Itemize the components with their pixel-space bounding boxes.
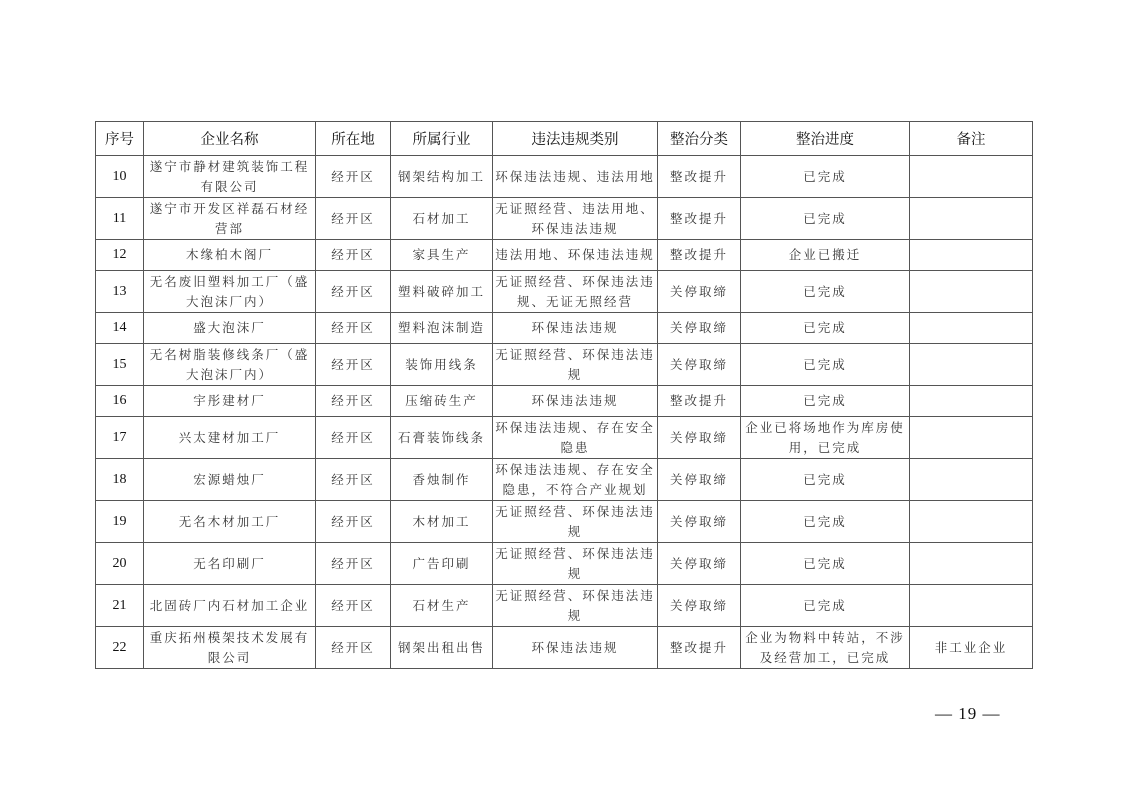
- company-name-cell: 木缘柏木阁厂: [144, 240, 316, 271]
- violation-type-cell: 环保违法违规: [493, 386, 658, 417]
- location-cell: 经开区: [316, 585, 391, 627]
- row-number-cell: 14: [96, 313, 144, 344]
- rectification-category-cell: 关停取缔: [658, 501, 741, 543]
- remark-cell: [910, 459, 1033, 501]
- location-cell: 经开区: [316, 627, 391, 669]
- remark-cell: 非工业企业: [910, 627, 1033, 669]
- company-name-cell: 遂宁市静材建筑装饰工程有限公司: [144, 156, 316, 198]
- table-row: 16宇彤建材厂经开区压缩砖生产环保违法违规整改提升已完成: [96, 386, 1033, 417]
- rectification-progress-cell: 已完成: [741, 156, 910, 198]
- table-row: 19无名木材加工厂经开区木材加工无证照经营、环保违法违规关停取缔已完成: [96, 501, 1033, 543]
- location-cell: 经开区: [316, 271, 391, 313]
- violation-type-cell: 无证照经营、违法用地、环保违法违规: [493, 198, 658, 240]
- industry-cell: 石膏装饰线条: [391, 417, 493, 459]
- rectification-progress-cell: 企业已搬迁: [741, 240, 910, 271]
- rectification-category-cell: 关停取缔: [658, 459, 741, 501]
- table-row: 12木缘柏木阁厂经开区家具生产违法用地、环保违法违规整改提升企业已搬迁: [96, 240, 1033, 271]
- rectification-category-cell: 关停取缔: [658, 344, 741, 386]
- row-number-cell: 19: [96, 501, 144, 543]
- location-cell: 经开区: [316, 501, 391, 543]
- location-cell: 经开区: [316, 240, 391, 271]
- row-number-cell: 21: [96, 585, 144, 627]
- remark-cell: [910, 313, 1033, 344]
- industry-cell: 钢架出租出售: [391, 627, 493, 669]
- row-number-cell: 15: [96, 344, 144, 386]
- table-row: 22重庆拓州模架技术发展有限公司经开区钢架出租出售环保违法违规整改提升企业为物料…: [96, 627, 1033, 669]
- company-name-cell: 盛大泡沫厂: [144, 313, 316, 344]
- table-row: 21北固砖厂内石材加工企业经开区石材生产无证照经营、环保违法违规关停取缔已完成: [96, 585, 1033, 627]
- location-cell: 经开区: [316, 313, 391, 344]
- rectification-category-cell: 关停取缔: [658, 585, 741, 627]
- rectification-category-cell: 关停取缔: [658, 417, 741, 459]
- table-row: 10遂宁市静材建筑装饰工程有限公司经开区钢架结构加工环保违法违规、违法用地整改提…: [96, 156, 1033, 198]
- violation-type-cell: 无证照经营、环保违法违规: [493, 344, 658, 386]
- violation-type-cell: 环保违法违规、存在安全隐患，不符合产业规划: [493, 459, 658, 501]
- company-name-cell: 无名树脂装修线条厂（盛大泡沫厂内）: [144, 344, 316, 386]
- row-number-cell: 13: [96, 271, 144, 313]
- table-row: 17兴太建材加工厂经开区石膏装饰线条环保违法违规、存在安全隐患关停取缔企业已将场…: [96, 417, 1033, 459]
- row-number-cell: 11: [96, 198, 144, 240]
- company-name-cell: 宇彤建材厂: [144, 386, 316, 417]
- rectification-category-cell: 整改提升: [658, 156, 741, 198]
- violation-type-cell: 环保违法违规: [493, 627, 658, 669]
- row-number-cell: 12: [96, 240, 144, 271]
- remark-cell: [910, 198, 1033, 240]
- header-violation-type: 违法违规类别: [493, 122, 658, 156]
- rectification-progress-cell: 已完成: [741, 543, 910, 585]
- location-cell: 经开区: [316, 459, 391, 501]
- location-cell: 经开区: [316, 198, 391, 240]
- violation-type-cell: 违法用地、环保违法违规: [493, 240, 658, 271]
- rectification-category-cell: 整改提升: [658, 198, 741, 240]
- company-name-cell: 无名木材加工厂: [144, 501, 316, 543]
- remark-cell: [910, 386, 1033, 417]
- violation-type-cell: 无证照经营、环保违法违规、无证无照经营: [493, 271, 658, 313]
- header-location: 所在地: [316, 122, 391, 156]
- row-number-cell: 18: [96, 459, 144, 501]
- rectification-category-cell: 整改提升: [658, 627, 741, 669]
- header-industry: 所属行业: [391, 122, 493, 156]
- page-number: — 19 —: [935, 704, 1001, 724]
- table-row: 13无名废旧塑料加工厂（盛大泡沫厂内）经开区塑料破碎加工无证照经营、环保违法违规…: [96, 271, 1033, 313]
- header-no: 序号: [96, 122, 144, 156]
- document-page: 序号 企业名称 所在地 所属行业 违法违规类别 整治分类 整治进度 备注 10遂…: [0, 0, 1122, 793]
- company-name-cell: 兴太建材加工厂: [144, 417, 316, 459]
- rectification-category-cell: 整改提升: [658, 240, 741, 271]
- rectification-progress-cell: 已完成: [741, 313, 910, 344]
- industry-cell: 广告印刷: [391, 543, 493, 585]
- rectification-category-cell: 整改提升: [658, 386, 741, 417]
- violation-type-cell: 环保违法违规、违法用地: [493, 156, 658, 198]
- remark-cell: [910, 240, 1033, 271]
- industry-cell: 香烛制作: [391, 459, 493, 501]
- rectification-table: 序号 企业名称 所在地 所属行业 违法违规类别 整治分类 整治进度 备注 10遂…: [95, 121, 1033, 669]
- table-row: 11遂宁市开发区祥磊石材经营部经开区石材加工无证照经营、违法用地、环保违法违规整…: [96, 198, 1033, 240]
- table-row: 15无名树脂装修线条厂（盛大泡沫厂内）经开区装饰用线条无证照经营、环保违法违规关…: [96, 344, 1033, 386]
- header-rectification-category: 整治分类: [658, 122, 741, 156]
- remark-cell: [910, 543, 1033, 585]
- rectification-progress-cell: 已完成: [741, 198, 910, 240]
- industry-cell: 塑料泡沫制造: [391, 313, 493, 344]
- violation-type-cell: 环保违法违规、存在安全隐患: [493, 417, 658, 459]
- violation-type-cell: 无证照经营、环保违法违规: [493, 501, 658, 543]
- company-name-cell: 遂宁市开发区祥磊石材经营部: [144, 198, 316, 240]
- header-rectification-progress: 整治进度: [741, 122, 910, 156]
- location-cell: 经开区: [316, 417, 391, 459]
- rectification-category-cell: 关停取缔: [658, 543, 741, 585]
- remark-cell: [910, 271, 1033, 313]
- table-row: 20无名印刷厂经开区广告印刷无证照经营、环保违法违规关停取缔已完成: [96, 543, 1033, 585]
- location-cell: 经开区: [316, 543, 391, 585]
- row-number-cell: 10: [96, 156, 144, 198]
- industry-cell: 木材加工: [391, 501, 493, 543]
- table-row: 18宏源蜡烛厂经开区香烛制作环保违法违规、存在安全隐患，不符合产业规划关停取缔已…: [96, 459, 1033, 501]
- company-name-cell: 无名废旧塑料加工厂（盛大泡沫厂内）: [144, 271, 316, 313]
- rectification-progress-cell: 已完成: [741, 271, 910, 313]
- location-cell: 经开区: [316, 386, 391, 417]
- remark-cell: [910, 344, 1033, 386]
- company-name-cell: 北固砖厂内石材加工企业: [144, 585, 316, 627]
- remark-cell: [910, 417, 1033, 459]
- row-number-cell: 22: [96, 627, 144, 669]
- rectification-progress-cell: 已完成: [741, 386, 910, 417]
- industry-cell: 塑料破碎加工: [391, 271, 493, 313]
- location-cell: 经开区: [316, 156, 391, 198]
- rectification-progress-cell: 已完成: [741, 459, 910, 501]
- company-name-cell: 无名印刷厂: [144, 543, 316, 585]
- header-remark: 备注: [910, 122, 1033, 156]
- header-company-name: 企业名称: [144, 122, 316, 156]
- industry-cell: 装饰用线条: [391, 344, 493, 386]
- rectification-progress-cell: 企业为物料中转站，不涉及经营加工，已完成: [741, 627, 910, 669]
- row-number-cell: 17: [96, 417, 144, 459]
- industry-cell: 钢架结构加工: [391, 156, 493, 198]
- rectification-progress-cell: 已完成: [741, 501, 910, 543]
- table-row: 14盛大泡沫厂经开区塑料泡沫制造环保违法违规关停取缔已完成: [96, 313, 1033, 344]
- company-name-cell: 重庆拓州模架技术发展有限公司: [144, 627, 316, 669]
- rectification-progress-cell: 已完成: [741, 585, 910, 627]
- violation-type-cell: 无证照经营、环保违法违规: [493, 543, 658, 585]
- row-number-cell: 20: [96, 543, 144, 585]
- rectification-progress-cell: 已完成: [741, 344, 910, 386]
- row-number-cell: 16: [96, 386, 144, 417]
- remark-cell: [910, 585, 1033, 627]
- rectification-category-cell: 关停取缔: [658, 313, 741, 344]
- rectification-category-cell: 关停取缔: [658, 271, 741, 313]
- remark-cell: [910, 501, 1033, 543]
- industry-cell: 石材生产: [391, 585, 493, 627]
- company-name-cell: 宏源蜡烛厂: [144, 459, 316, 501]
- table-header-row: 序号 企业名称 所在地 所属行业 违法违规类别 整治分类 整治进度 备注: [96, 122, 1033, 156]
- remark-cell: [910, 156, 1033, 198]
- rectification-progress-cell: 企业已将场地作为库房使用，已完成: [741, 417, 910, 459]
- industry-cell: 家具生产: [391, 240, 493, 271]
- industry-cell: 石材加工: [391, 198, 493, 240]
- location-cell: 经开区: [316, 344, 391, 386]
- industry-cell: 压缩砖生产: [391, 386, 493, 417]
- violation-type-cell: 环保违法违规: [493, 313, 658, 344]
- violation-type-cell: 无证照经营、环保违法违规: [493, 585, 658, 627]
